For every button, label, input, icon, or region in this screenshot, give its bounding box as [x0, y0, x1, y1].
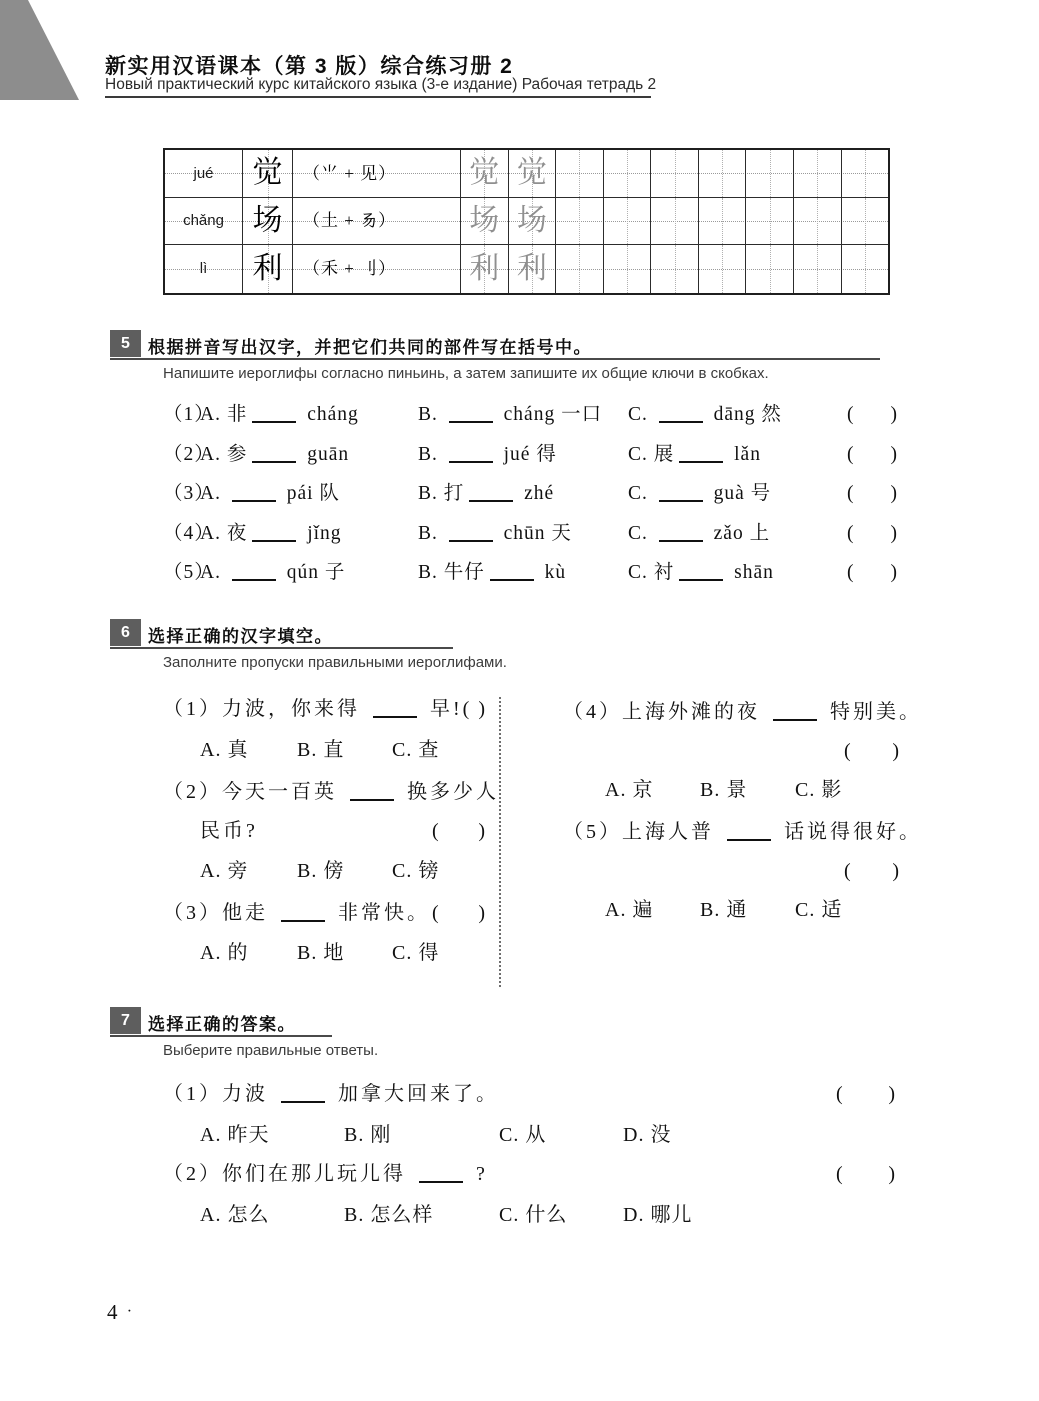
answer-parentheses: ()	[844, 860, 900, 883]
option-c: C. 什么	[499, 1204, 623, 1227]
section-6-badge: 6	[110, 619, 141, 646]
header-rule	[105, 96, 651, 98]
option-a: A. 旁	[200, 860, 297, 883]
exercise-6-item-5-parens: ()	[563, 860, 900, 883]
exercise-5-row-2: （2） A. 参 guān B. jué 得 C. 展 lǎn ()	[163, 444, 898, 466]
practice-cell-empty	[794, 150, 842, 197]
exercise-6-item-3-options: A. 的 B. 地 C. 得	[163, 942, 525, 965]
practice-cell-empty	[794, 245, 842, 293]
practice-cell-empty	[651, 245, 699, 293]
option-c: C. 衬 shān	[628, 562, 847, 584]
practice-cell-empty	[842, 198, 889, 245]
exercise-7-item-1-options: A. 昨天 B. 刚 C. 从 D. 没	[163, 1124, 935, 1147]
answer-parentheses: ()	[847, 562, 898, 584]
option-d: D. 没	[623, 1124, 671, 1147]
practice-cell-empty	[556, 150, 604, 197]
pinyin-cell: chǎng	[165, 198, 243, 245]
practice-cell-empty	[651, 198, 699, 245]
option-b: B. 地	[297, 942, 392, 965]
trace-cell: 觉	[461, 150, 509, 197]
exercise-7-item-1: （1）力波 加拿大回来了。 ()	[163, 1083, 898, 1106]
practice-row-jue: jué 觉 （⺌ + 见） 觉 觉	[165, 150, 888, 198]
section-5-title-chinese: 根据拼音写出汉字，并把它们共同的部件写在括号中。	[148, 333, 592, 358]
option-b: B. cháng 一口	[418, 404, 628, 426]
question-text: （1）力波，你来得 早!	[163, 698, 463, 721]
answer-parentheses: ()	[432, 902, 488, 925]
option-b: B. 傍	[297, 860, 392, 883]
trace-cell: 利	[509, 245, 557, 293]
option-a: A. pái 队	[200, 483, 418, 505]
option-b: B. 通	[700, 899, 795, 922]
answer-parentheses: ()	[847, 404, 898, 426]
question-text: （2）你们在那儿玩儿得 ?	[163, 1163, 488, 1186]
option-d: D. 哪儿	[623, 1204, 692, 1227]
option-b: B. 直	[297, 739, 392, 762]
exercise-6-item-5-options: A. 遍 B. 通 C. 适	[563, 899, 942, 922]
option-a: A. 的	[200, 942, 297, 965]
option-c: C. zǎo 上	[628, 523, 847, 545]
practice-cell-empty	[842, 245, 889, 293]
practice-cell-empty	[556, 198, 604, 245]
item-number: （3）	[163, 483, 200, 505]
option-c: C. 展 lǎn	[628, 444, 847, 466]
exercise-6-item-1-options: A. 真 B. 直 C. 查	[163, 739, 525, 762]
section-5-title-russian: Напишите иероглифы согласно пиньинь, а з…	[163, 365, 769, 382]
option-a: A. 夜 jǐng	[200, 523, 418, 545]
exercise-6-item-4: （4）上海外滩的夜 特别美。	[563, 701, 922, 724]
answer-parentheses: ()	[847, 483, 898, 505]
exercise-7-item-2: （2）你们在那儿玩儿得 ? ()	[163, 1163, 898, 1186]
answer-parentheses: ()	[847, 444, 898, 466]
exercise-6-item-1: （1）力波，你来得 早! ()	[163, 698, 488, 721]
practice-cell-empty	[604, 150, 652, 197]
option-a: A. 怎么	[200, 1204, 344, 1227]
option-c: C. 从	[499, 1124, 623, 1147]
section-6-title-russian: Заполните пропуски правильными иероглифа…	[163, 654, 507, 671]
practice-cell-empty	[699, 198, 747, 245]
exercise-6-item-2-options: A. 旁 B. 傍 C. 镑	[163, 860, 525, 883]
option-b: B. 刚	[344, 1124, 499, 1147]
option-b: B. 怎么样	[344, 1204, 499, 1227]
practice-cell-empty	[746, 245, 794, 293]
practice-cell-empty	[699, 150, 747, 197]
option-c: C. dāng 然	[628, 404, 847, 426]
option-c: C. 影	[795, 779, 842, 802]
pinyin-cell: jué	[165, 150, 243, 197]
answer-parentheses: ()	[836, 1163, 898, 1186]
item-number: （5）	[163, 562, 200, 584]
exercise-6-item-4-options: A. 京 B. 景 C. 影	[563, 779, 942, 802]
answer-parentheses: ()	[844, 740, 900, 763]
exercise-6-item-2: （2）今天一百英 换多少人	[163, 781, 499, 804]
option-c: C. guà 号	[628, 483, 847, 505]
practice-cell-empty	[604, 245, 652, 293]
components-cell: （⺌ + 见）	[293, 150, 461, 197]
trace-cell: 场	[509, 198, 557, 245]
section-6-rule	[110, 647, 453, 649]
question-text: 民币?	[163, 820, 258, 843]
option-a: A. 真	[200, 739, 297, 762]
answer-parentheses: ()	[847, 523, 898, 545]
practice-cell-empty	[604, 198, 652, 245]
practice-cell-empty	[651, 150, 699, 197]
option-c: C. 镑	[392, 860, 439, 883]
item-number: （2）	[163, 444, 200, 466]
book-title-russian: Новый практический курс китайского языка…	[105, 76, 656, 94]
exercise-7-item-2-options: A. 怎么 B. 怎么样 C. 什么 D. 哪儿	[163, 1204, 935, 1227]
section-7-rule	[110, 1035, 332, 1037]
exercise-5-row-4: （4） A. 夜 jǐng B. chūn 天 C. zǎo 上 ()	[163, 523, 898, 545]
exercise-6-item-4-parens: ()	[563, 740, 900, 763]
section-7-title-russian: Выберите правильные ответы.	[163, 1042, 378, 1059]
exercise-6-item-3: （3）他走 非常快。 ()	[163, 902, 488, 925]
answer-parentheses: ()	[432, 820, 488, 843]
section-7-badge: 7	[110, 1007, 141, 1034]
section-7-title-chinese: 选择正确的答案。	[148, 1010, 296, 1035]
trace-cell: 觉	[509, 150, 557, 197]
section-5-rule	[110, 358, 880, 360]
section-6-title-chinese: 选择正确的汉字填空。	[148, 622, 333, 647]
character-cell: 觉	[243, 150, 293, 197]
option-a: A. 遍	[605, 899, 700, 922]
exercise-5-row-3: （3） A. pái 队 B. 打 zhé C. guà 号 ()	[163, 483, 898, 505]
page-number: 4 ·	[107, 1300, 134, 1325]
practice-cell-empty	[746, 198, 794, 245]
option-a: A. 京	[605, 779, 700, 802]
character-cell: 场	[243, 198, 293, 245]
practice-cell-empty	[746, 150, 794, 197]
practice-cell-empty	[842, 150, 889, 197]
option-b: B. jué 得	[418, 444, 628, 466]
exercise-5-row-5: （5） A. qún 子 B. 牛仔 kù C. 衬 shān ()	[163, 562, 898, 584]
exercise-5-row-1: （1） A. 非 cháng B. cháng 一口 C. dāng 然 ()	[163, 404, 898, 426]
character-practice-table: jué 觉 （⺌ + 见） 觉 觉 chǎng 场 （土 + 𠃓） 场 场	[163, 148, 890, 295]
option-c: C. 适	[795, 899, 842, 922]
practice-cell-empty	[699, 245, 747, 293]
practice-row-chang: chǎng 场 （土 + 𠃓） 场 场	[165, 198, 888, 246]
option-b: B. 打 zhé	[418, 483, 628, 505]
option-a: A. qún 子	[200, 562, 418, 584]
option-c: C. 得	[392, 942, 439, 965]
section-5-badge: 5	[110, 330, 141, 357]
option-b: B. 景	[700, 779, 795, 802]
pinyin-cell: lì	[165, 245, 243, 293]
trace-cell: 场	[461, 198, 509, 245]
option-c: C. 查	[392, 739, 439, 762]
item-number: （1）	[163, 404, 200, 426]
item-number: （4）	[163, 523, 200, 545]
components-cell: （禾 + 刂）	[293, 245, 461, 293]
option-b: B. 牛仔 kù	[418, 562, 628, 584]
option-b: B. chūn 天	[418, 523, 628, 545]
exercise-6-item-2-line-2: 民币? ()	[163, 820, 488, 843]
option-a: A. 参 guān	[200, 444, 418, 466]
option-a: A. 非 cháng	[200, 404, 418, 426]
exercise-6-item-5: （5）上海人普 话说得很好。	[563, 821, 922, 844]
practice-row-li: lì 利 （禾 + 刂） 利 利	[165, 245, 888, 293]
answer-parentheses: ()	[836, 1083, 898, 1106]
question-text: （3）他走 非常快。	[163, 902, 430, 925]
corner-triangle-decoration	[0, 0, 80, 100]
practice-cell-empty	[556, 245, 604, 293]
question-text: （1）力波 加拿大回来了。	[163, 1083, 499, 1106]
page-number-dot: ·	[127, 1303, 134, 1320]
option-a: A. 昨天	[200, 1124, 344, 1147]
trace-cell: 利	[461, 245, 509, 293]
answer-parentheses: ()	[463, 698, 488, 721]
workbook-page: 新实用汉语课本（第 3 版）综合练习册 2 Новый практический…	[0, 0, 1039, 1401]
practice-cell-empty	[794, 198, 842, 245]
character-cell: 利	[243, 245, 293, 293]
components-cell: （土 + 𠃓）	[293, 198, 461, 245]
